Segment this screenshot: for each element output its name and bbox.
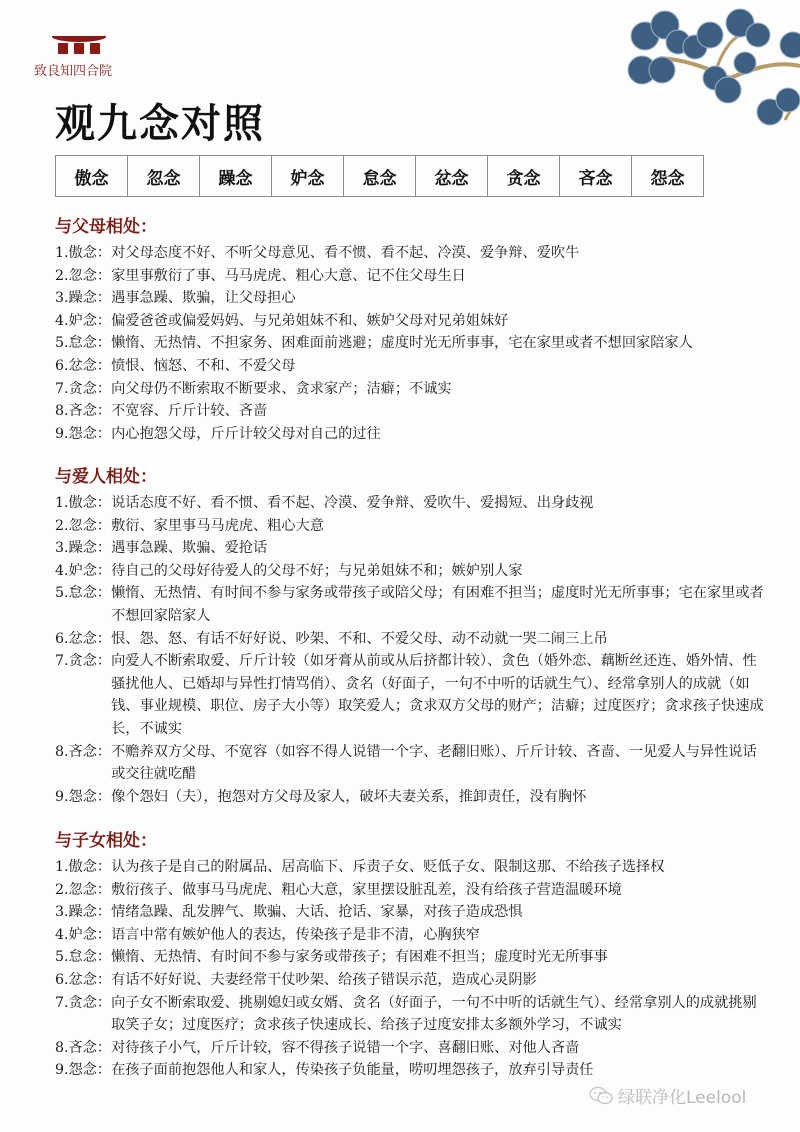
list-item: 9.怨念：内心抱怨父母，斤斤计较父母对自己的过往	[55, 423, 770, 446]
list-item: 3.躁念：遇事急躁、欺骗、爱抢话	[55, 537, 770, 560]
cell-lin: 吝念	[560, 156, 632, 197]
watermark: 绿联净化Leelool	[588, 1083, 746, 1108]
watermark-text: 绿联净化Leelool	[618, 1083, 746, 1108]
cell-dai: 怠念	[344, 156, 416, 197]
cell-hu: 忽念	[128, 156, 200, 197]
cell-tan: 贪念	[488, 156, 560, 197]
cell-yuan: 怨念	[632, 156, 704, 197]
section-title: 与父母相处：	[55, 212, 770, 242]
list-item: 8.吝念：对待孩子小气，斤斤计较，容不得孩子说错一个字、喜翻旧账、对他人吝啬	[55, 1037, 770, 1060]
list-item: 8.吝念：不赡养双方父母、不宽容（如容不得人说错一个字、老翻旧账）、斤斤计较、吝…	[55, 741, 770, 786]
page-title: 观九念对照	[55, 92, 265, 149]
list-item: 5.怠念：懒惰、无热情、有时间不参与家务或带孩子；有困难不担当；虚度时光无所事事	[55, 946, 770, 969]
section-title: 与爱人相处：	[55, 462, 770, 492]
section-spouse: 与爱人相处： 1.傲念：说话态度不好、看不惯、看不起、冷漠、爱争辩、爱吹牛、爱揭…	[55, 462, 770, 808]
list-item: 9.怨念：在孩子面前抱怨他人和家人，传染孩子负能量，唠叨埋怨孩子，放弃引导责任	[55, 1059, 770, 1082]
list-item: 4.妒念：语言中常有嫉妒他人的表达，传染孩子是非不清，心胸狭窄	[55, 924, 770, 947]
list-item: 5.怠念：懒惰、无热情、不担家务、困难面前逃避；虚度时光无所事事，宅在家里或者不…	[55, 332, 770, 355]
section-children: 与子女相处： 1.傲念：认为孩子是自己的附属品、居高临下、斥责子女、贬低子女、限…	[55, 826, 770, 1082]
pine-branch-decoration-icon	[600, 0, 800, 140]
cell-zao: 躁念	[200, 156, 272, 197]
list-item: 5.怠念：懒惰、无热情、有时间不参与家务或带孩子或陪父母；有困难不担当；虚度时光…	[55, 582, 770, 627]
list-item: 6.忿念：愤恨、恼怒、不和、不爱父母	[55, 355, 770, 378]
logo-text: 致良知四合院	[34, 60, 126, 79]
list-item: 4.妒念：偏爱爸爸或偏爱妈妈、与兄弟姐妹不和、嫉妒父母对兄弟姐妹好	[55, 310, 770, 333]
list-item: 8.吝念：不宽容、斤斤计较、吝啬	[55, 400, 770, 423]
list-item: 3.躁念：遇事急躁、欺骗，让父母担心	[55, 287, 770, 310]
logo: 致良知四合院	[34, 36, 126, 79]
cell-fen: 忿念	[416, 156, 488, 197]
pavilion-roof-icon	[34, 36, 126, 56]
list-item: 9.怨念：像个怨妇（夫），抱怨对方父母及家人，破坏夫妻关系，推卸责任，没有胸怀	[55, 786, 770, 809]
list-item: 1.傲念：对父母态度不好、不听父母意见、看不惯、看不起、冷漠、爱争辩、爱吹牛	[55, 242, 770, 265]
list-item: 7.贪念：向子女不断索取爱、挑剔媳妇或女婿、贪名（好面子，一句不中听的话就生气）…	[55, 992, 770, 1037]
list-item: 3.躁念：情绪急躁、乱发脾气、欺骗、大话、抢话、家暴，对孩子造成恐惧	[55, 901, 770, 924]
wechat-icon	[588, 1086, 614, 1106]
list-item: 1.傲念：认为孩子是自己的附属品、居高临下、斥责子女、贬低子女、限制这那、不给孩…	[55, 856, 770, 879]
list-item: 6.忿念：恨、怨、怒、有话不好好说、吵架、不和、不爱父母、动不动就一哭二闹三上吊	[55, 628, 770, 651]
list-item: 7.贪念：向父母仍不断索取不断要求、贪求家产；洁癖；不诚实	[55, 378, 770, 401]
list-item: 2.忽念：敷衍孩子、做事马马虎虎、粗心大意，家里摆设脏乱差，没有给孩子营造温暖环…	[55, 879, 770, 902]
list-item: 4.妒念：待自己的父母好待爱人的父母不好；与兄弟姐妹不和；嫉妒别人家	[55, 560, 770, 583]
list-item: 7.贪念：向爱人不断索取爱、斤斤计较（如牙膏从前或从后挤都计较）、贪色（婚外恋、…	[55, 650, 770, 740]
section-title: 与子女相处：	[55, 826, 770, 856]
list-item: 6.忿念：有话不好好说、夫妻经常干仗吵架、给孩子错误示范，造成心灵阴影	[55, 969, 770, 992]
section-parents: 与父母相处： 1.傲念：对父母态度不好、不听父母意见、看不惯、看不起、冷漠、爱争…	[55, 212, 770, 445]
cell-ao: 傲念	[56, 156, 128, 197]
list-item: 1.傲念：说话态度不好、看不惯、看不起、冷漠、爱争辩、爱吹牛、爱揭短、出身歧视	[55, 492, 770, 515]
list-item: 2.忽念：敷衍、家里事马马虎虎、粗心大意	[55, 515, 770, 538]
list-item: 2.忽念：家里事敷衍了事、马马虎虎、粗心大意、记不住父母生日	[55, 265, 770, 288]
nine-thoughts-table: 傲念 忽念 躁念 妒念 怠念 忿念 贪念 吝念 怨念	[55, 155, 704, 197]
cell-du: 妒念	[272, 156, 344, 197]
